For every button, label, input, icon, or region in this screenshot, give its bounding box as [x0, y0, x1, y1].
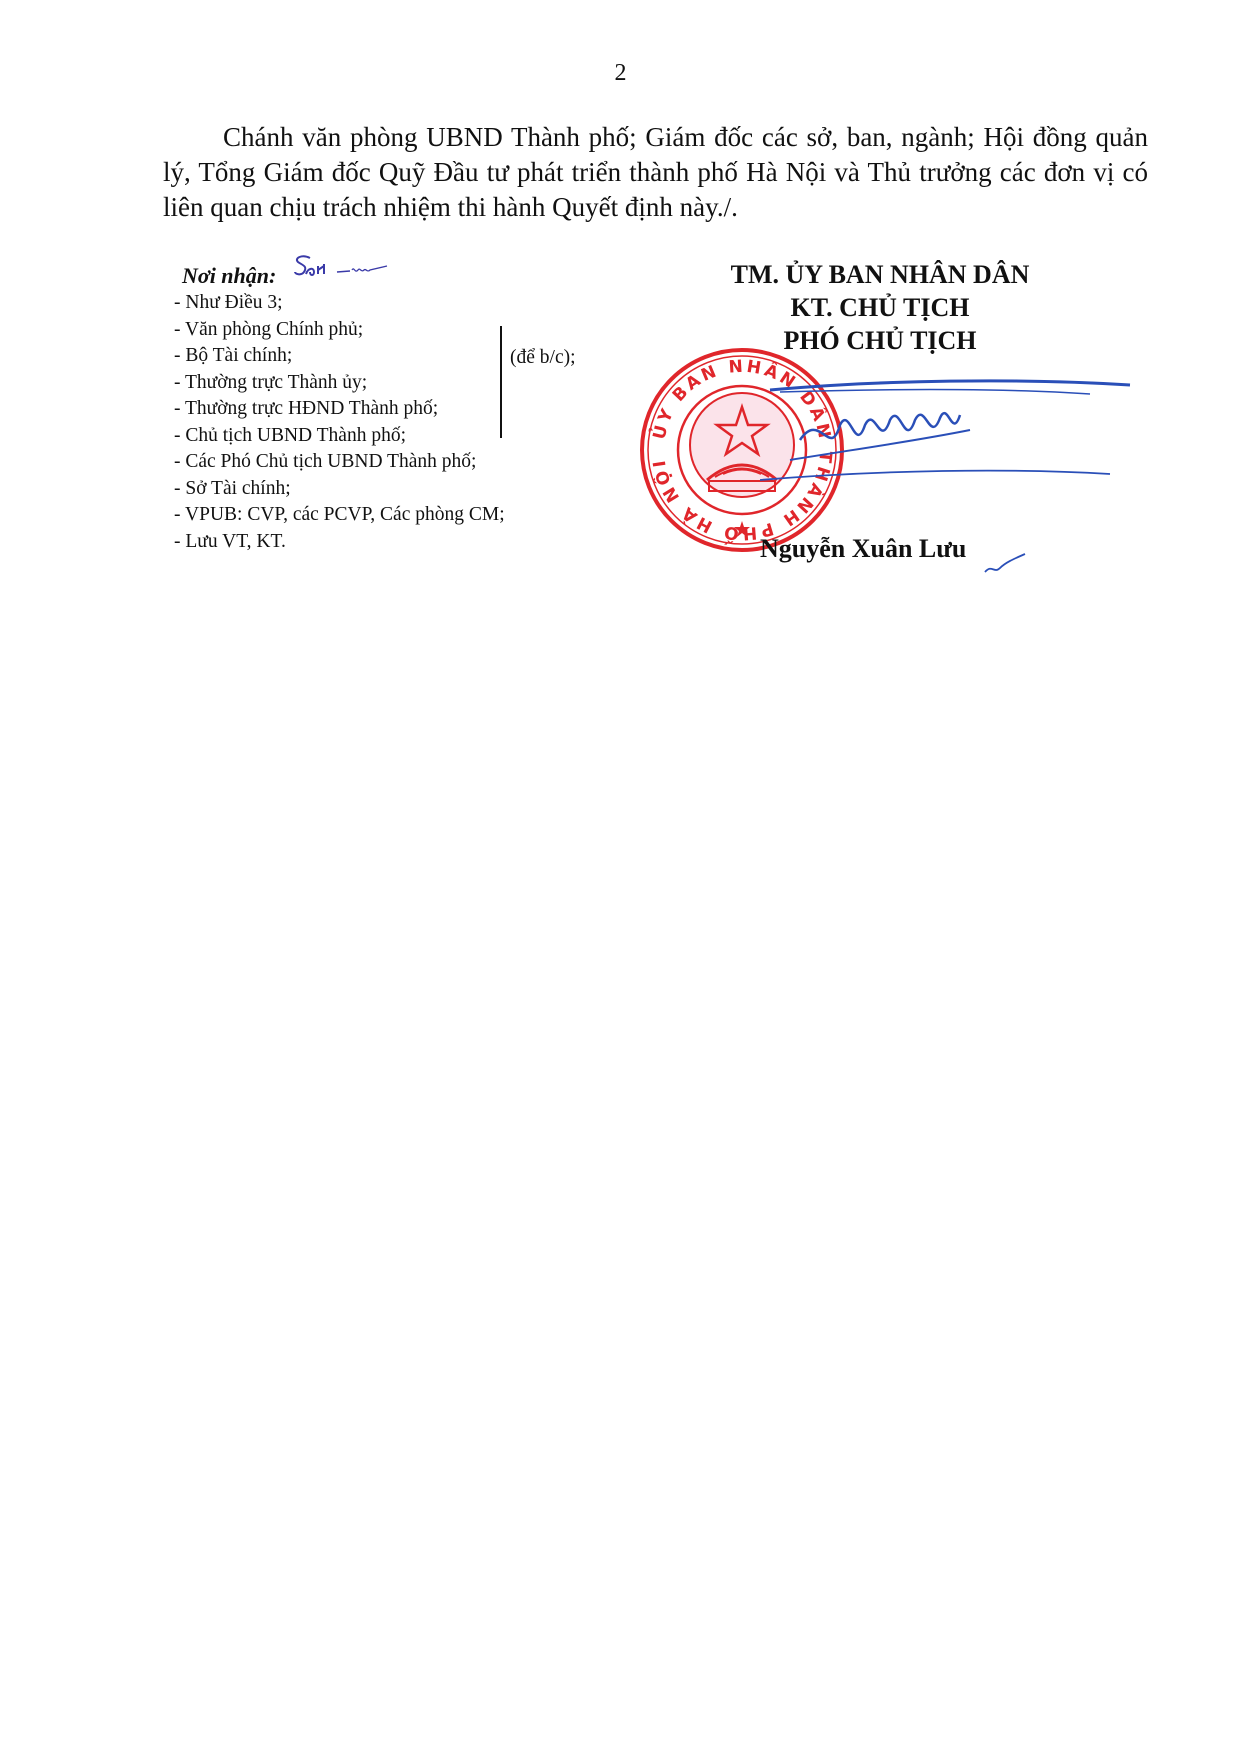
grouping-bracket	[500, 326, 502, 438]
recipient-item: - Thường trực HĐND Thành phố;	[174, 396, 614, 423]
recipient-item: - Văn phòng Chính phủ;	[174, 317, 614, 344]
recipient-item: - Các Phó Chủ tịch UBND Thành phố;	[174, 449, 614, 476]
signature-title-line1: TM. ỦY BAN NHÂN DÂN	[680, 258, 1080, 291]
recipient-item: - Thường trực Thành ủy;	[174, 370, 614, 397]
bracket-note: (để b/c);	[510, 347, 576, 369]
recipient-item: - VPUB: CVP, các PCVP, Các phòng CM;	[174, 502, 614, 529]
signature-title-line2: KT. CHỦ TỊCH	[680, 291, 1080, 324]
handwritten-initials-icon	[292, 252, 402, 282]
recipient-item: - Sở Tài chính;	[174, 476, 614, 503]
recipients-heading-text: Nơi nhận:	[182, 263, 276, 288]
recipient-item: - Chủ tịch UBND Thành phố;	[174, 423, 614, 450]
closing-paragraph: Chánh văn phòng UBND Thành phố; Giám đốc…	[163, 120, 1148, 225]
signature-block: TM. ỦY BAN NHÂN DÂN KT. CHỦ TỊCH PHÓ CHỦ…	[680, 258, 1080, 357]
handwritten-signature-icon	[760, 370, 1140, 510]
recipients-heading: Nơi nhận:	[182, 262, 614, 290]
recipients-section: Nơi nhận: - Như Điều 3; - Văn phòng Chín…	[174, 262, 614, 555]
page-number: 2	[0, 60, 1241, 87]
signature-flourish-icon	[980, 548, 1030, 578]
recipient-item: - Như Điều 3;	[174, 290, 614, 317]
recipient-item: - Lưu VT, KT.	[174, 529, 614, 556]
signer-name: Nguyễn Xuân Lưu	[760, 534, 966, 564]
recipients-list: - Như Điều 3; - Văn phòng Chính phủ; - B…	[174, 290, 614, 555]
